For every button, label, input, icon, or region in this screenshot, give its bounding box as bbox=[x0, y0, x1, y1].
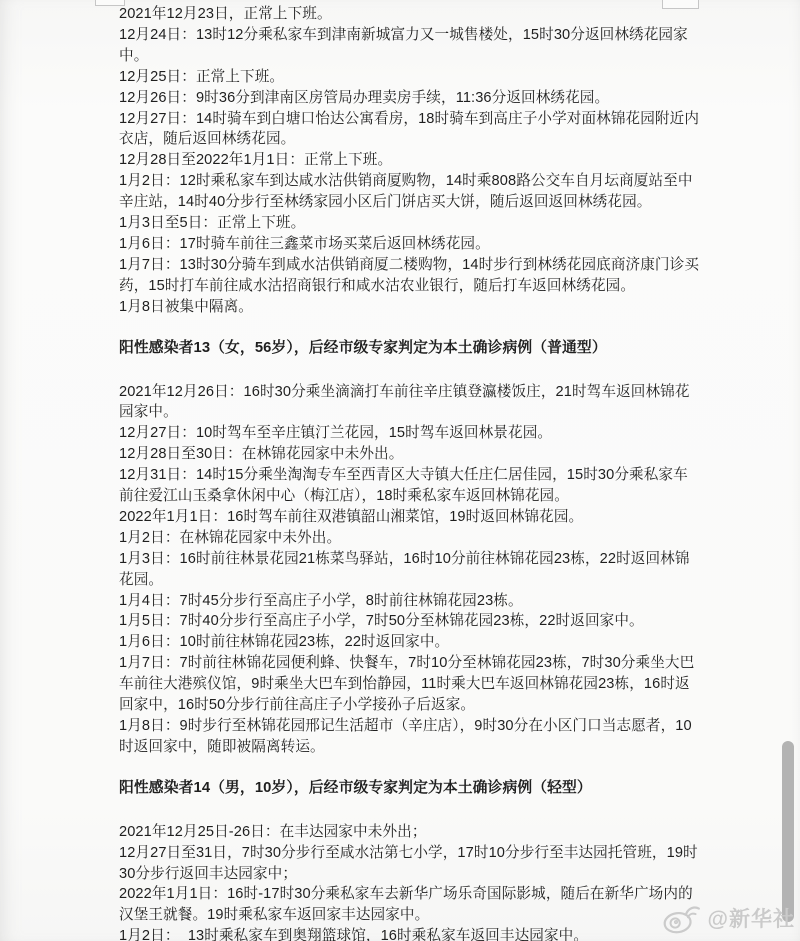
movement-entry: 12月27日：10时驾车至辛庄镇汀兰花园，15时驾车返回林景花园。 bbox=[119, 423, 699, 444]
movement-entry: 2021年12月23日，正常上下班。 bbox=[119, 4, 699, 25]
movement-entry: 12月24日：13时12分乘私家车到津南新城富力又一城售楼处，15时30分返回林… bbox=[119, 25, 699, 67]
movement-entry: 2021年12月26日：16时30分乘坐滴滴打车前往辛庄镇登瀛楼饭庄，21时驾车… bbox=[119, 382, 699, 424]
movement-entry: 12月25日：正常上下班。 bbox=[119, 67, 699, 88]
movement-entry: 1月5日：7时40分步行至高庄子小学，7时50分至林锦花园23栋，22时返回家中… bbox=[119, 611, 699, 632]
movement-entry: 1月2日：12时乘私家车到达咸水沽供销商厦购物，14时乘808路公交车自月坛商厦… bbox=[119, 171, 699, 213]
movement-entry: 12月31日：14时15分乘坐淘淘专车至西青区大寺镇大任庄仁居佳园，15时30分… bbox=[119, 465, 699, 507]
movement-entry: 1月8日：9时步行至林锦花园邢记生活超市（辛庄店），9时30分在小区门口当志愿者… bbox=[119, 716, 699, 758]
movement-entry: 1月3日：16时前往林景花园21栋菜鸟驿站，16时10分前往林锦花园23栋，22… bbox=[119, 549, 699, 591]
movement-entry: 1月3日至5日：正常上下班。 bbox=[119, 213, 699, 234]
movement-entry: 12月27日至31日，7时30分步行至咸水沽第七小学，17时10分步行至丰达园托… bbox=[119, 843, 699, 885]
movement-entry: 12月26日：9时36分到津南区房管局办理卖房手续，11:36分返回林绣花园。 bbox=[119, 88, 699, 109]
weibo-icon bbox=[658, 899, 706, 937]
movement-entry: 12月28日至2022年1月1日：正常上下班。 bbox=[119, 150, 699, 171]
watermark: @新华社 bbox=[660, 902, 795, 934]
movement-entry: 12月27日：14时骑车到白塘口怡达公寓看房，18时骑车到高庄子小学对面林锦花园… bbox=[119, 109, 699, 151]
movement-entry: 2022年1月1日：16时驾车前往双港镇韶山湘菜馆，19时返回林锦花园。 bbox=[119, 507, 699, 528]
movement-entry: 1月7日：7时前往林锦花园便利蜂、快餐车，7时10分至林锦花园23栋，7时30分… bbox=[119, 653, 699, 716]
movement-entry: 1月8日被集中隔离。 bbox=[119, 297, 699, 318]
movement-entry: 1月6日：10时前往林锦花园23栋，22时返回家中。 bbox=[119, 632, 699, 653]
movement-entry: 1月4日：7时45分步行至高庄子小学，8时前往林锦花园23栋。 bbox=[119, 591, 699, 612]
watermark-handle: @新华社 bbox=[708, 903, 795, 933]
announcement-document: 2021年12月23日，正常上下班。 12月24日：13时12分乘私家车到津南新… bbox=[119, 4, 699, 941]
movement-entry: 2021年12月25日-26日：在丰达园家中未外出； bbox=[119, 822, 699, 843]
movement-entry: 1月6日：17时骑车前往三鑫菜市场买菜后返回林绣花园。 bbox=[119, 234, 699, 255]
movement-entry: 2022年1月1日：16时-17时30分乘私家车去新华广场乐奇国际影城，随后在新… bbox=[119, 884, 699, 926]
case14-heading: 阳性感染者14（男，10岁），后经市级专家判定为本土确诊病例（轻型） bbox=[119, 778, 699, 799]
movement-entry: 12月28日至30日：在林锦花园家中未外出。 bbox=[119, 444, 699, 465]
case13-heading: 阳性感染者13（女，56岁），后经市级专家判定为本土确诊病例（普通型） bbox=[119, 338, 699, 359]
page: { "page": { "background": "#fafaf9", "te… bbox=[0, 0, 800, 941]
scrollbar-thumb[interactable] bbox=[782, 741, 794, 922]
movement-entry: 1月7日：13时30分骑车到咸水沽供销商厦二楼购物，14时步行到林绣花园底商济康… bbox=[119, 255, 699, 297]
movement-entry: 1月2日：在林锦花园家中未外出。 bbox=[119, 528, 699, 549]
movement-entry: 1月2日： 13时乘私家车到奥翔篮球馆，16时乘私家车返回丰达园家中。 bbox=[119, 926, 699, 941]
